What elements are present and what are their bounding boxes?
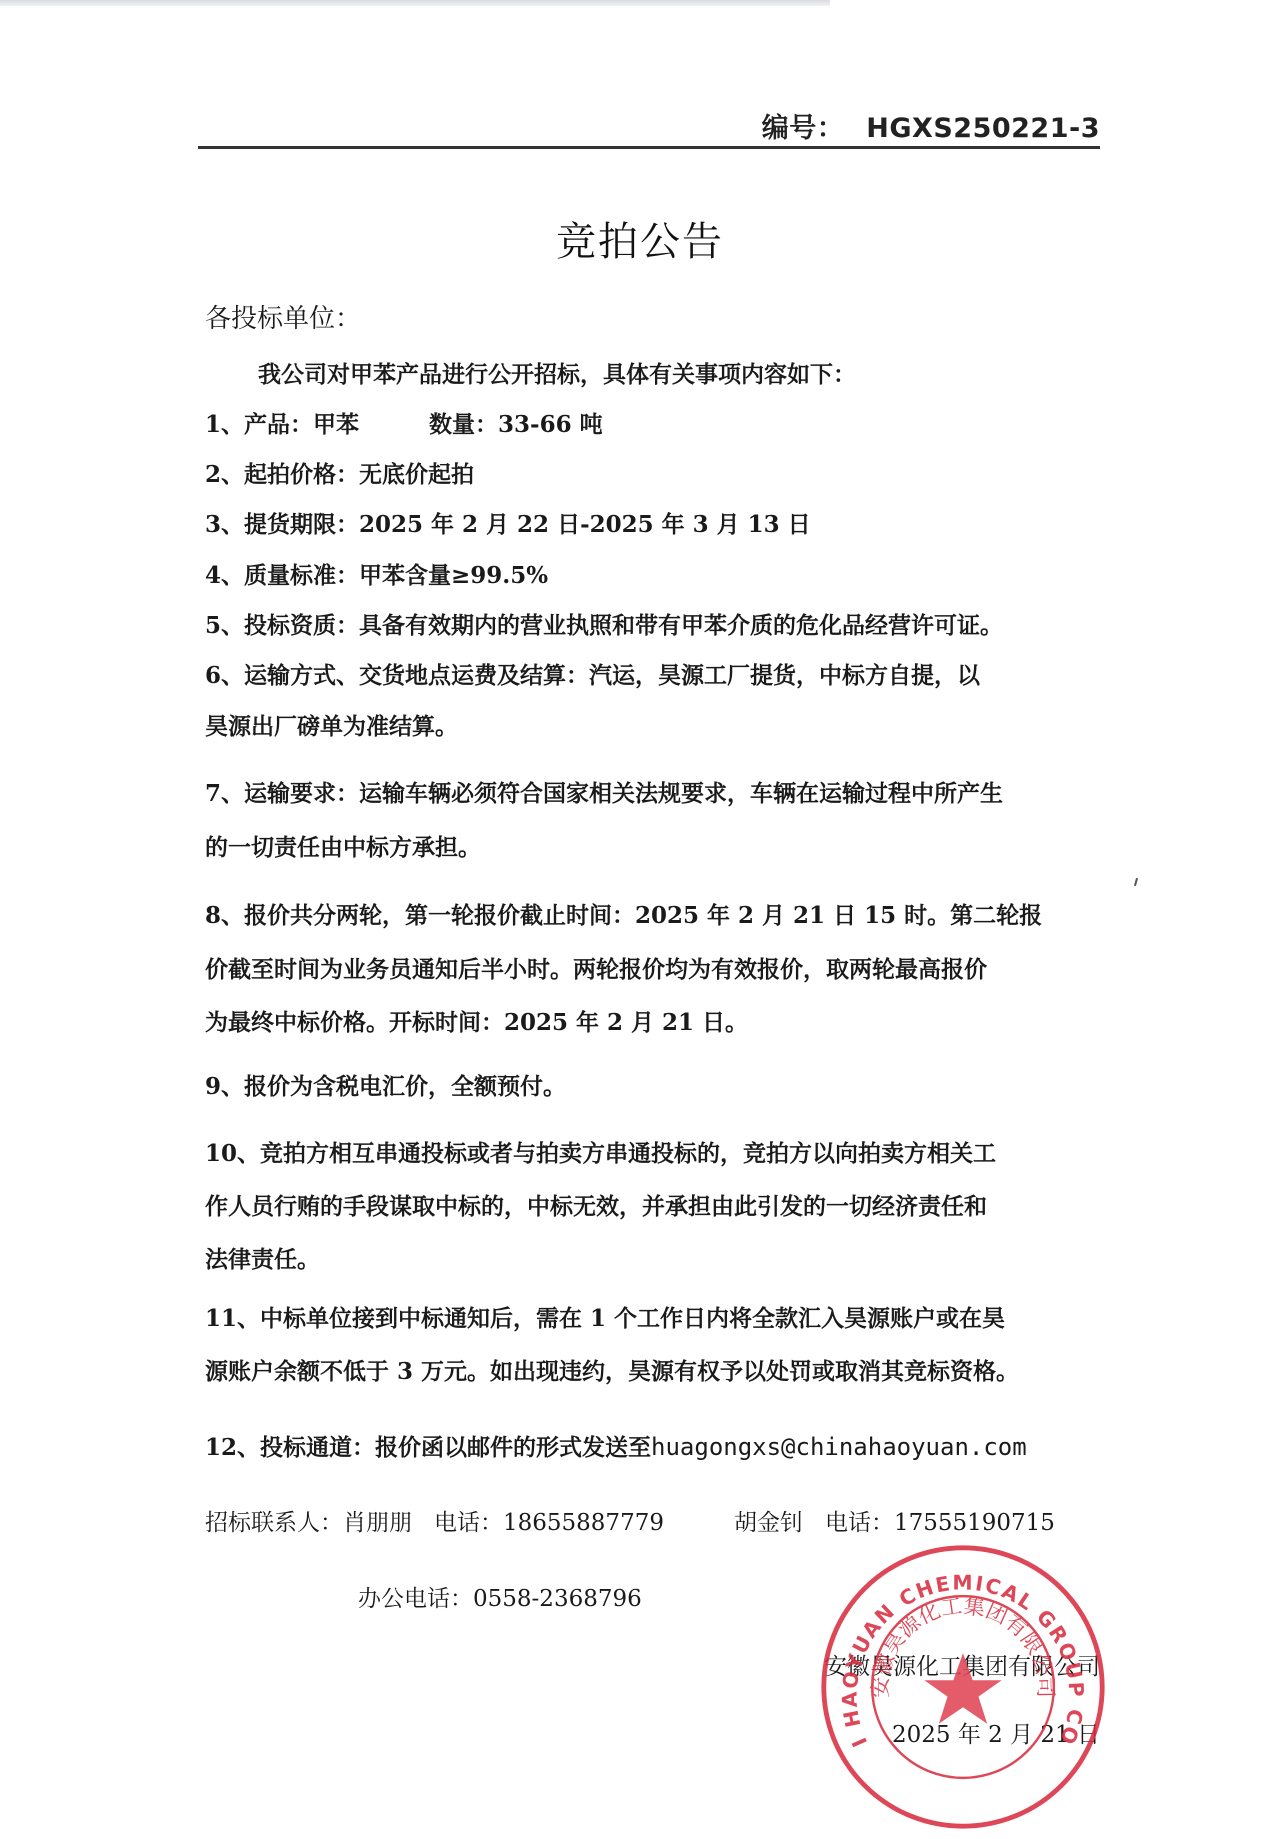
item-8-line-3: 为最终中标价格。开标时间：2025 年 2 月 21 日。	[205, 1004, 748, 1037]
item-7-line-1: 7、运输要求：运输车辆必须符合国家相关法规要求，车辆在运输过程中所产生	[205, 775, 1003, 808]
contact-label: 招标联系人：	[205, 1510, 343, 1536]
office-phone: 办公电话：0558-2368796	[358, 1580, 642, 1613]
contact-line: 招标联系人：肖朋朋电话：18655887779胡金钊电话：17555190715	[205, 1504, 1055, 1537]
salutation: 各投标单位：	[205, 298, 361, 335]
item-10-line-3: 法律责任。	[205, 1241, 320, 1274]
document-number: 编号：HGXS250221-3	[762, 106, 1100, 145]
contact-1-name: 肖朋朋	[343, 1510, 412, 1536]
item-10-line-1: 10、竞拍方相互串通投标或者与拍卖方串通投标的，竞拍方以向拍卖方相关工	[205, 1135, 996, 1168]
signature-date: 2025 年 2 月 21 日	[892, 1716, 1100, 1749]
scan-speck	[1134, 878, 1138, 886]
contact-2-name: 胡金钊	[734, 1510, 803, 1536]
item-8-line-2: 价截至时间为业务员通知后半小时。两轮报价均为有效报价，取两轮最高报价	[205, 951, 987, 984]
item-6-line-1: 6、运输方式、交货地点运费及结算：汽运，昊源工厂提货，中标方自提，以	[205, 657, 980, 690]
document-number-label: 编号：	[762, 113, 845, 144]
item-5: 5、投标资质：具备有效期内的营业执照和带有甲苯介质的危化品经营许可证。	[205, 607, 1003, 640]
intro-paragraph: 我公司对甲苯产品进行公开招标，具体有关事项内容如下：	[258, 356, 856, 389]
submission-email-link[interactable]: huagongxs@chinahaoyuan.com	[651, 1433, 1027, 1461]
item-6-line-2: 昊源出厂磅单为准结算。	[205, 708, 458, 741]
scan-edge-shadow	[0, 0, 830, 6]
item-11-line-1: 11、中标单位接到中标通知后，需在 1 个工作日内将全款汇入昊源账户或在昊	[205, 1300, 1005, 1333]
contact-2-phone: 电话：17555190715	[825, 1510, 1055, 1536]
item-10-line-2: 作人员行贿的手段谋取中标的，中标无效，并承担由此引发的一切经济责任和	[205, 1188, 987, 1221]
document-number-value: HGXS250221-3	[866, 113, 1100, 144]
contact-1-phone: 电话：18655887779	[434, 1510, 664, 1536]
company-seal-icon: ANHUI HAOYUAN CHEMICAL GROUP CO.,LTD. 安徽…	[818, 1542, 1108, 1832]
item-12: 12、投标通道：报价函以邮件的形式发送至huagongxs@chinahaoyu…	[205, 1429, 1027, 1462]
item-1-quantity: 数量：33-66 吨	[429, 411, 603, 438]
item-3: 3、提货期限：2025 年 2 月 22 日-2025 年 3 月 13 日	[205, 506, 811, 539]
header-rule	[198, 146, 1100, 149]
item-2: 2、起拍价格：无底价起拍	[205, 456, 474, 489]
page-title: 竞拍公告	[0, 210, 1280, 267]
item-1: 1、产品：甲苯数量：33-66 吨	[205, 406, 603, 439]
item-7-line-2: 的一切责任由中标方承担。	[205, 829, 481, 862]
svg-text:安徽昊源化工集团有限公司: 安徽昊源化工集团有限公司	[868, 1594, 1057, 1698]
item-9: 9、报价为含税电汇价，全额预付。	[205, 1068, 566, 1101]
item-1-product: 1、产品：甲苯	[205, 411, 359, 438]
item-4: 4、质量标准：甲苯含量≥99.5%	[205, 557, 548, 590]
item-12-prefix: 12、投标通道：报价函以邮件的形式发送至	[205, 1434, 651, 1461]
item-8-line-1: 8、报价共分两轮，第一轮报价截止时间：2025 年 2 月 21 日 15 时。…	[205, 897, 1042, 930]
item-11-line-2: 源账户余额不低于 3 万元。如出现违约，昊源有权予以处罚或取消其竞标资格。	[205, 1353, 1019, 1386]
signature-company: 安徽昊源化工集团有限公司	[824, 1648, 1100, 1681]
